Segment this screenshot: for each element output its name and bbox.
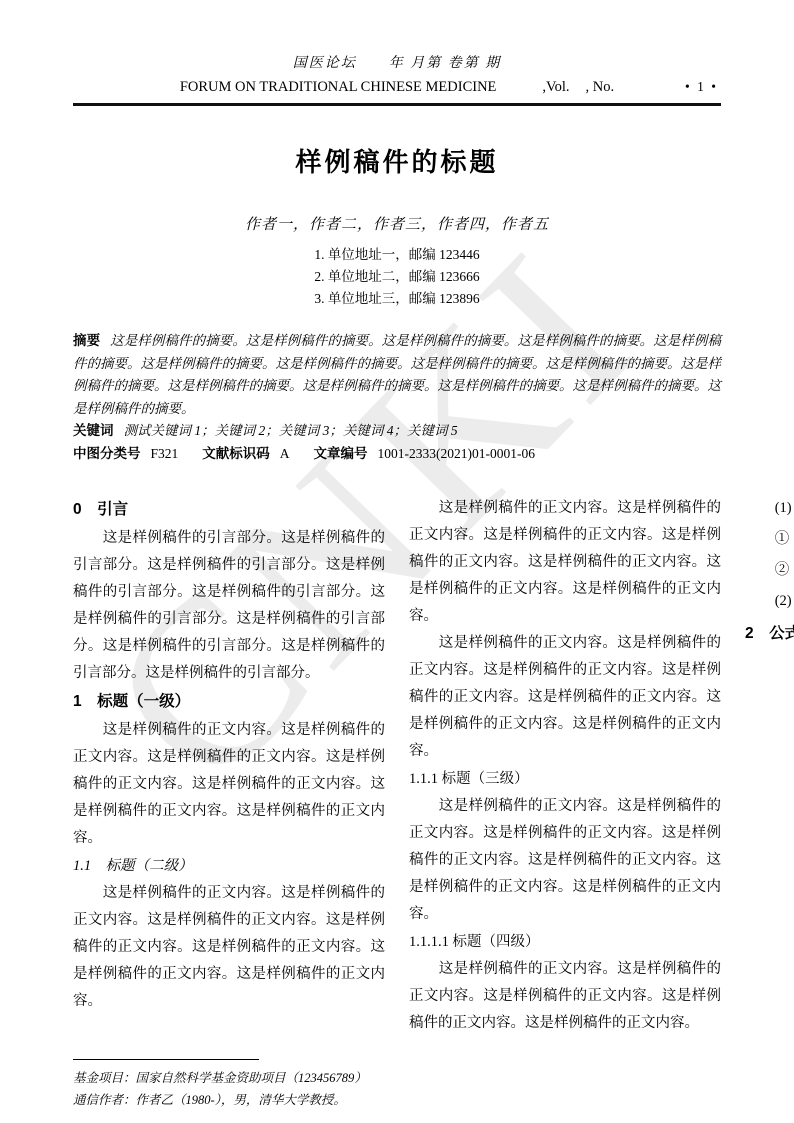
article-authors: 作者一，作者二，作者三，作者四，作者五: [0, 213, 794, 234]
keywords-text: 测试关键词 1；关键词 2；关键词 3；关键词 4；关键词 5: [124, 423, 458, 438]
section-heading-level1: 1 标题（一级）: [73, 687, 385, 717]
body-paragraph: 这是样例稿件的引言部分。这是样例稿件的引言部分。这是样例稿件的引言部分。这是样例…: [73, 525, 385, 687]
page-number: • 1 •: [685, 79, 718, 95]
list-item: (1) 这是样例稿件的正文内容。: [745, 495, 794, 522]
journal-header-cn: 国医论坛 年 月第 卷第 期: [0, 0, 794, 72]
body-paragraph: 这是样例稿件的正文内容。这是样例稿件的正文内容。这是样例稿件的正文内容。这是样例…: [409, 495, 721, 630]
affiliation-item: 2. 单位地址二，邮编 123666: [0, 266, 794, 288]
abstract-block: 摘要这是样例稿件的摘要。这是样例稿件的摘要。这是样例稿件的摘要。这是样例稿件的摘…: [73, 330, 721, 420]
issue-label: , No.: [586, 79, 615, 95]
affiliation-item: 1. 单位地址一，邮编 123446: [0, 244, 794, 266]
journal-header-en: FORUM ON TRADITIONAL CHINESE MEDICINE,Vo…: [0, 79, 794, 96]
doccode-label: 文献标识码: [202, 446, 270, 461]
keywords-label: 关键词: [73, 423, 114, 438]
header-rule: [73, 103, 721, 106]
footnote-block: 基金项目：国家自然科学基金资助项目（123456789） 通信作者：作者乙（19…: [73, 1059, 413, 1111]
body-paragraph: 这是样例稿件的正文内容。这是样例稿件的正文内容。这是样例稿件的正文内容。这是样例…: [73, 880, 385, 1015]
clc-value: F321: [151, 446, 179, 461]
section-heading-intro: 0 引言: [73, 495, 385, 525]
page-content: 国医论坛 年 月第 卷第 期 FORUM ON TRADITIONAL CHIN…: [0, 0, 794, 1111]
abstract-text: 这是样例稿件的摘要。这是样例稿件的摘要。这是样例稿件的摘要。这是样例稿件的摘要。…: [73, 333, 721, 416]
section-heading-level2: 1.1 标题（二级）: [73, 852, 385, 880]
list-item: ② 这是样例稿件的正文内容。: [745, 557, 794, 584]
body-paragraph: 这是样例稿件的正文内容。这是样例稿件的正文内容。这是样例稿件的正文内容。这是样例…: [73, 717, 385, 852]
doccode-value: A: [280, 446, 290, 461]
body-columns: 0 引言 这是样例稿件的引言部分。这是样例稿件的引言部分。这是样例稿件的引言部分…: [73, 495, 721, 1043]
article-title: 样例稿件的标题: [0, 142, 794, 179]
list-item: ① 这是样例稿件的正文内容。: [745, 526, 794, 553]
fund-project-note: 基金项目：国家自然科学基金资助项目（123456789）: [73, 1068, 413, 1090]
journal-name-en: FORUM ON TRADITIONAL CHINESE MEDICINE: [180, 79, 497, 95]
body-paragraph: 这是样例稿件的正文内容。这是样例稿件的正文内容。这是样例稿件的正文内容。这是样例…: [409, 630, 721, 765]
affiliation-item: 3. 单位地址三，邮编 123896: [0, 288, 794, 310]
keywords-block: 关键词测试关键词 1；关键词 2；关键词 3；关键词 4；关键词 5: [73, 420, 721, 443]
corresponding-author-note: 通信作者：作者乙（1980-），男，清华大学教授。: [73, 1090, 413, 1112]
abstract-label: 摘要: [73, 333, 100, 348]
list-item: (2) 这是样例稿件的正文内容。: [745, 588, 794, 615]
articleid-label: 文章编号: [314, 446, 368, 461]
euler-lagrange-formula: d dx ∂F ∂y′ − ∂F ∂y = 0: [745, 655, 794, 694]
body-paragraph: 这是样例稿件的正文内容。这是样例稿件的正文内容。这是样例稿件的正文内容。这是样例…: [409, 793, 721, 928]
affiliation-list: 1. 单位地址一，邮编 123446 2. 单位地址二，邮编 123666 3.…: [0, 244, 794, 310]
section-heading-level4: 1.1.1.1 标题（四级）: [409, 928, 721, 956]
clc-block: 中图分类号F321文献标识码A文章编号1001-2333(2021)01-000…: [73, 443, 721, 466]
volume-label: ,Vol.: [542, 79, 569, 95]
journal-page: CNKI 国医论坛 年 月第 卷第 期 FORUM ON TRADITIONAL…: [0, 0, 794, 1123]
body-paragraph: 这是样例稿件的正文内容。这是样例稿件的正文内容。这是样例稿件的正文内容。这是样例…: [409, 956, 721, 1037]
section-heading-level3: 1.1.1 标题（三级）: [409, 765, 721, 793]
footnote-rule: [73, 1059, 259, 1060]
articleid-value: 1001-2333(2021)01-0001-06: [378, 446, 535, 461]
clc-label: 中图分类号: [73, 446, 141, 461]
section-heading-formula: 2 公式: [745, 619, 794, 649]
